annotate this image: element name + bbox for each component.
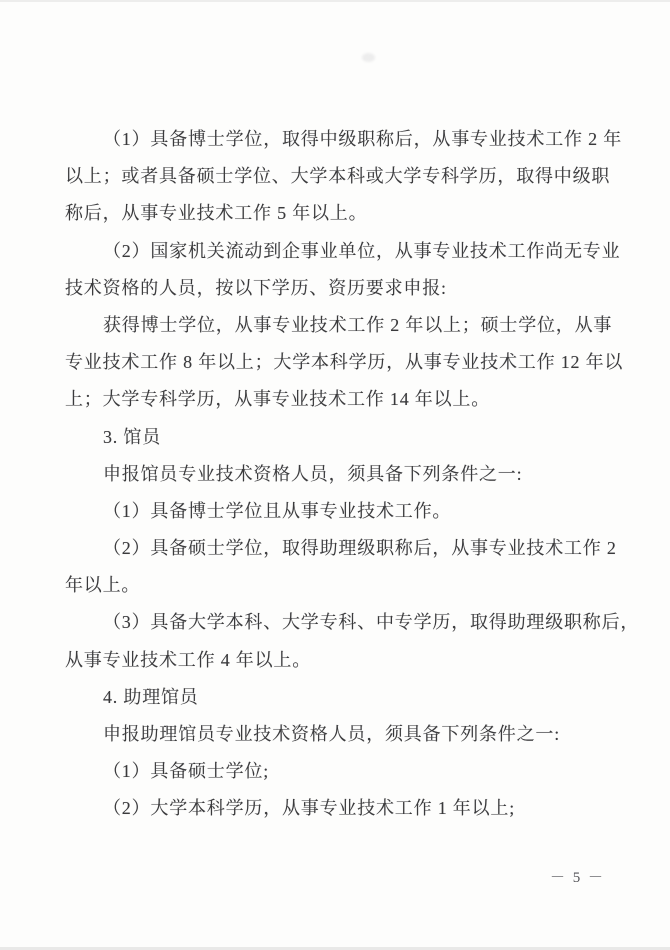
text-line: （2）国家机关流动到企事业单位，从事专业技术工作尚无专业 bbox=[65, 233, 613, 270]
text-line: 申报馆员专业技术资格人员，须具备下列条件之一: bbox=[65, 456, 613, 493]
text-line: （1）具备博士学位，取得中级职称后，从事专业技术工作 2 年 bbox=[65, 121, 613, 158]
text-line: 以上；或者具备硕士学位、大学本科或大学专科学历，取得中级职 bbox=[65, 158, 613, 195]
page-number: － 5 － bbox=[550, 866, 605, 887]
document-body: （1）具备博士学位，取得中级职称后，从事专业技术工作 2 年 以上；或者具备硕士… bbox=[65, 121, 613, 828]
scan-artifact-smudge bbox=[362, 53, 375, 62]
text-line: 申报助理馆员专业技术资格人员，须具备下列条件之一: bbox=[65, 716, 613, 753]
text-line: 技术资格的人员，按以下学历、资历要求申报: bbox=[65, 270, 613, 307]
text-line: （2）具备硕士学位，取得助理级职称后，从事专业技术工作 2 bbox=[65, 530, 613, 567]
text-line: 获得博士学位，从事专业技术工作 2 年以上；硕士学位，从事 bbox=[65, 307, 613, 344]
text-line: 年以上。 bbox=[65, 567, 613, 604]
section-heading-3: 3. 馆员 bbox=[65, 419, 613, 456]
text-line: （1）具备硕士学位; bbox=[65, 753, 613, 790]
text-line: （2）大学本科学历，从事专业技术工作 1 年以上; bbox=[65, 790, 613, 827]
text-line: 称后，从事专业技术工作 5 年以上。 bbox=[65, 195, 613, 232]
text-line: （1）具备博士学位且从事专业技术工作。 bbox=[65, 493, 613, 530]
scanned-document-page: （1）具备博士学位，取得中级职称后，从事专业技术工作 2 年 以上；或者具备硕士… bbox=[0, 2, 670, 947]
text-line: （3）具备大学本科、大学专科、中专学历，取得助理级职称后， bbox=[65, 604, 613, 641]
scan-edge-top bbox=[0, 0, 670, 2]
text-line: 上；大学专科学历，从事专业技术工作 14 年以上。 bbox=[65, 381, 613, 418]
text-line: 从事专业技术工作 4 年以上。 bbox=[65, 642, 613, 679]
text-line: 专业技术工作 8 年以上；大学本科学历，从事专业技术工作 12 年以 bbox=[65, 344, 613, 381]
section-heading-4: 4. 助理馆员 bbox=[65, 679, 613, 716]
